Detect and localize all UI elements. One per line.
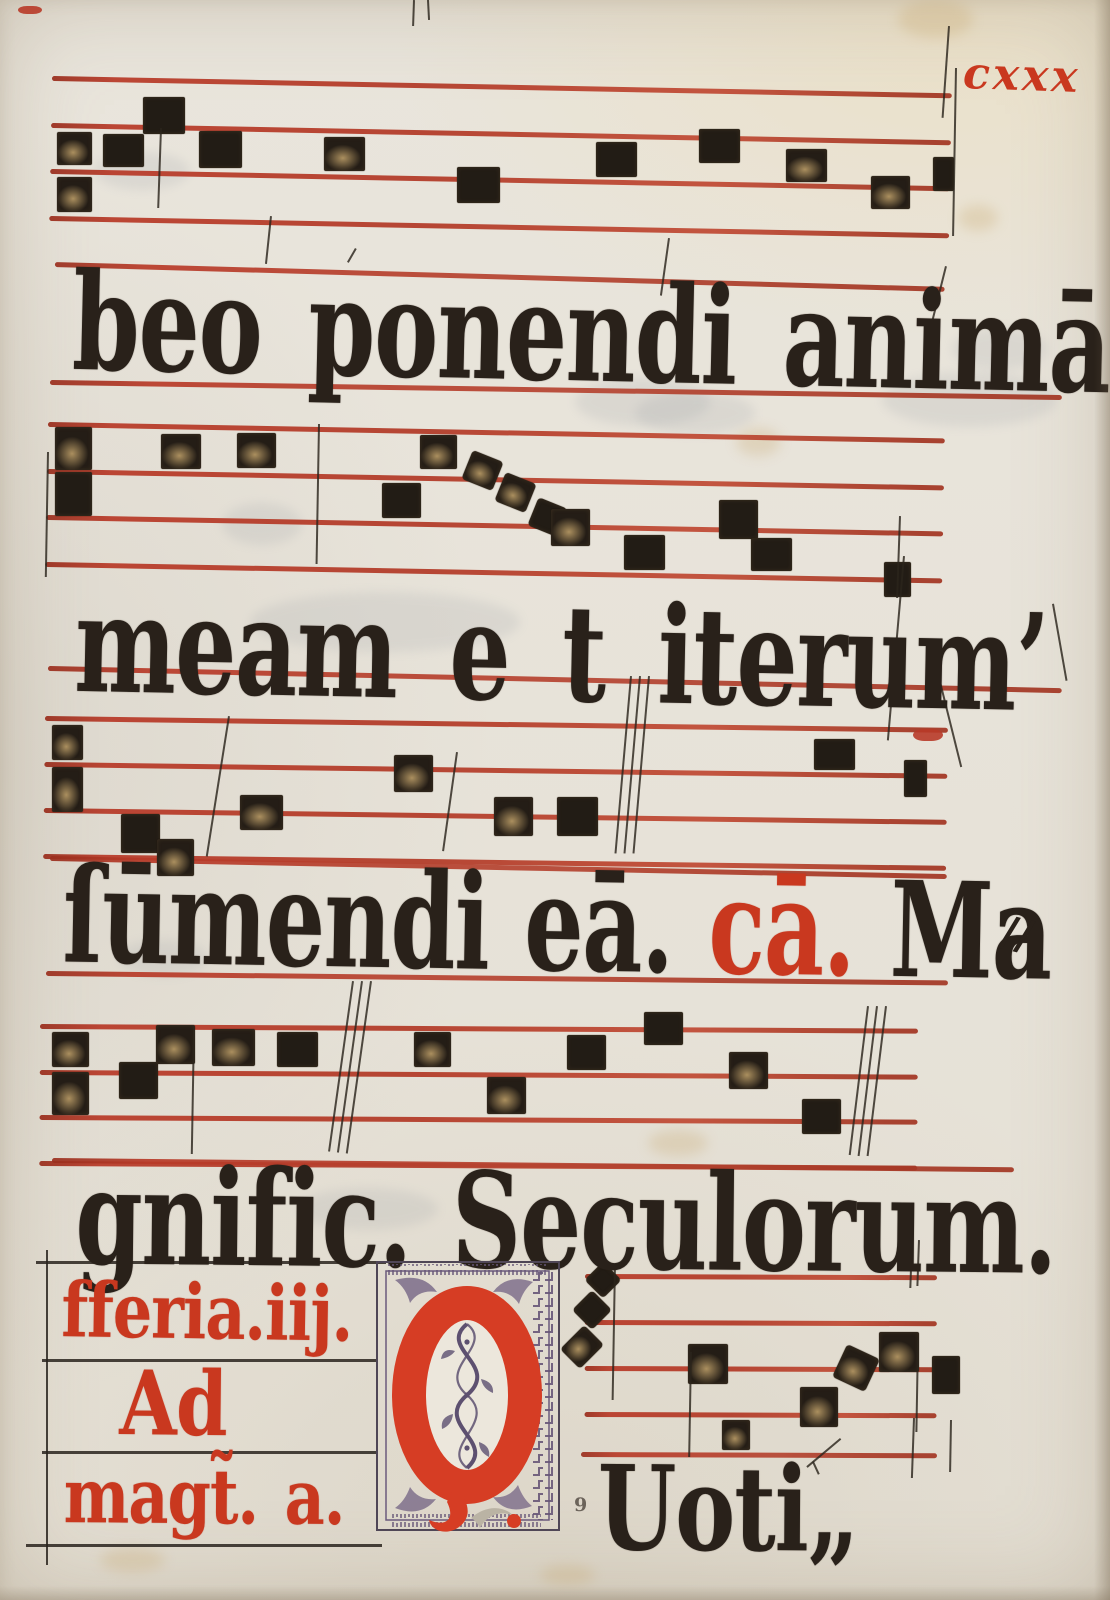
- lyric-rubric1: fferia.iij.: [61, 1280, 353, 1347]
- quire-mark: 9: [574, 1494, 587, 1516]
- page-edge-shadow-bottom: [0, 1586, 1110, 1600]
- neume-note: [751, 538, 792, 571]
- ink-stroke: [949, 1420, 952, 1472]
- neume-note: [494, 797, 533, 836]
- neume-note: [487, 1077, 526, 1114]
- lyric-line2: meam e t iterum’: [74, 590, 1049, 720]
- parchment-stain: [898, 0, 973, 38]
- manuscript-page: cxxx beo ponendi animā meam e t iterum’ …: [0, 0, 1110, 1600]
- neume-note: [557, 797, 598, 836]
- neume-note: [933, 157, 954, 191]
- neume-note: [199, 131, 242, 168]
- neume-note: [324, 137, 365, 171]
- neume-note: [624, 535, 665, 570]
- neume-note: [382, 483, 421, 518]
- neume-note: [644, 1012, 683, 1045]
- neume-note: [802, 1099, 841, 1134]
- neume-note: [52, 1072, 89, 1115]
- decorated-initial-Q: [375, 1256, 568, 1552]
- frame-rule-horizontal: [26, 1544, 382, 1547]
- neume-note: [904, 760, 927, 797]
- lyric-line3-red-rubric: cā.: [672, 849, 856, 1007]
- neume-note: [729, 1052, 768, 1089]
- lyric-rubric3: magt̃. a.: [64, 1466, 345, 1530]
- neume-note: [871, 176, 910, 209]
- neume-note: [414, 1032, 451, 1067]
- neume-note: [786, 149, 827, 182]
- staff-line: [39, 1115, 917, 1125]
- red-line-end: [18, 6, 42, 14]
- neume-note: [240, 795, 283, 830]
- neume-note: [596, 142, 637, 177]
- lyric-line1: beo ponendi animā: [71, 268, 1110, 402]
- staff-line: [40, 1069, 918, 1079]
- initial-Q-artwork: [375, 1256, 568, 1548]
- neume-note: [156, 1025, 195, 1064]
- lyric-rubric2: Ad: [119, 1368, 227, 1442]
- neume-note: [277, 1032, 318, 1067]
- parchment-stain: [100, 1548, 165, 1572]
- neume-note: [52, 1032, 89, 1067]
- neume-note: [394, 755, 433, 792]
- neume-note: [143, 97, 185, 134]
- neume-note: [103, 134, 144, 167]
- lyric-uoti: Uoti„: [597, 1462, 859, 1560]
- lyric-line3: ſūmendi eā. cā. Ma: [62, 862, 1052, 988]
- neume-note: [457, 167, 500, 203]
- neume-note: [879, 1332, 919, 1372]
- staff-line: [51, 122, 951, 144]
- parchment-stain: [540, 1565, 595, 1585]
- neume-note: [55, 472, 92, 516]
- ink-stroke: [427, 0, 430, 20]
- neume-note: [420, 435, 457, 469]
- ink-stroke: [1052, 604, 1067, 681]
- neume-note: [52, 767, 83, 812]
- lyric-line3-black1: ſūmendi eā.: [62, 838, 675, 1003]
- staff-line: [585, 1412, 937, 1418]
- staff-line: [52, 76, 952, 98]
- neume-note: [814, 739, 855, 770]
- neume-note: [119, 1062, 158, 1099]
- neume-note: [57, 177, 92, 212]
- neume-note: [699, 129, 740, 163]
- frame-rule-vertical: [46, 1250, 48, 1565]
- neume-note: [719, 500, 758, 539]
- neume-note: [57, 132, 92, 165]
- ink-stroke: [911, 1418, 915, 1478]
- neume-note: [932, 1356, 960, 1394]
- neume-note: [237, 433, 276, 468]
- neume-note: [55, 427, 92, 470]
- neume-note: [800, 1387, 838, 1427]
- parchment-stain: [958, 205, 998, 231]
- staff-line: [585, 1320, 937, 1326]
- ink-stroke: [952, 68, 957, 236]
- neume-note: [688, 1344, 728, 1384]
- neume-note: [161, 434, 201, 469]
- neume-note: [52, 725, 83, 760]
- staff-line: [49, 215, 949, 237]
- staff-line: [44, 762, 947, 779]
- neume-note: [551, 509, 590, 546]
- neume-note: [567, 1035, 606, 1070]
- ink-stroke: [412, 0, 415, 26]
- folio-number: cxxx: [962, 48, 1081, 103]
- page-edge-shadow-right: [1094, 0, 1110, 1600]
- staff-line: [46, 515, 943, 536]
- neume-note: [212, 1029, 255, 1066]
